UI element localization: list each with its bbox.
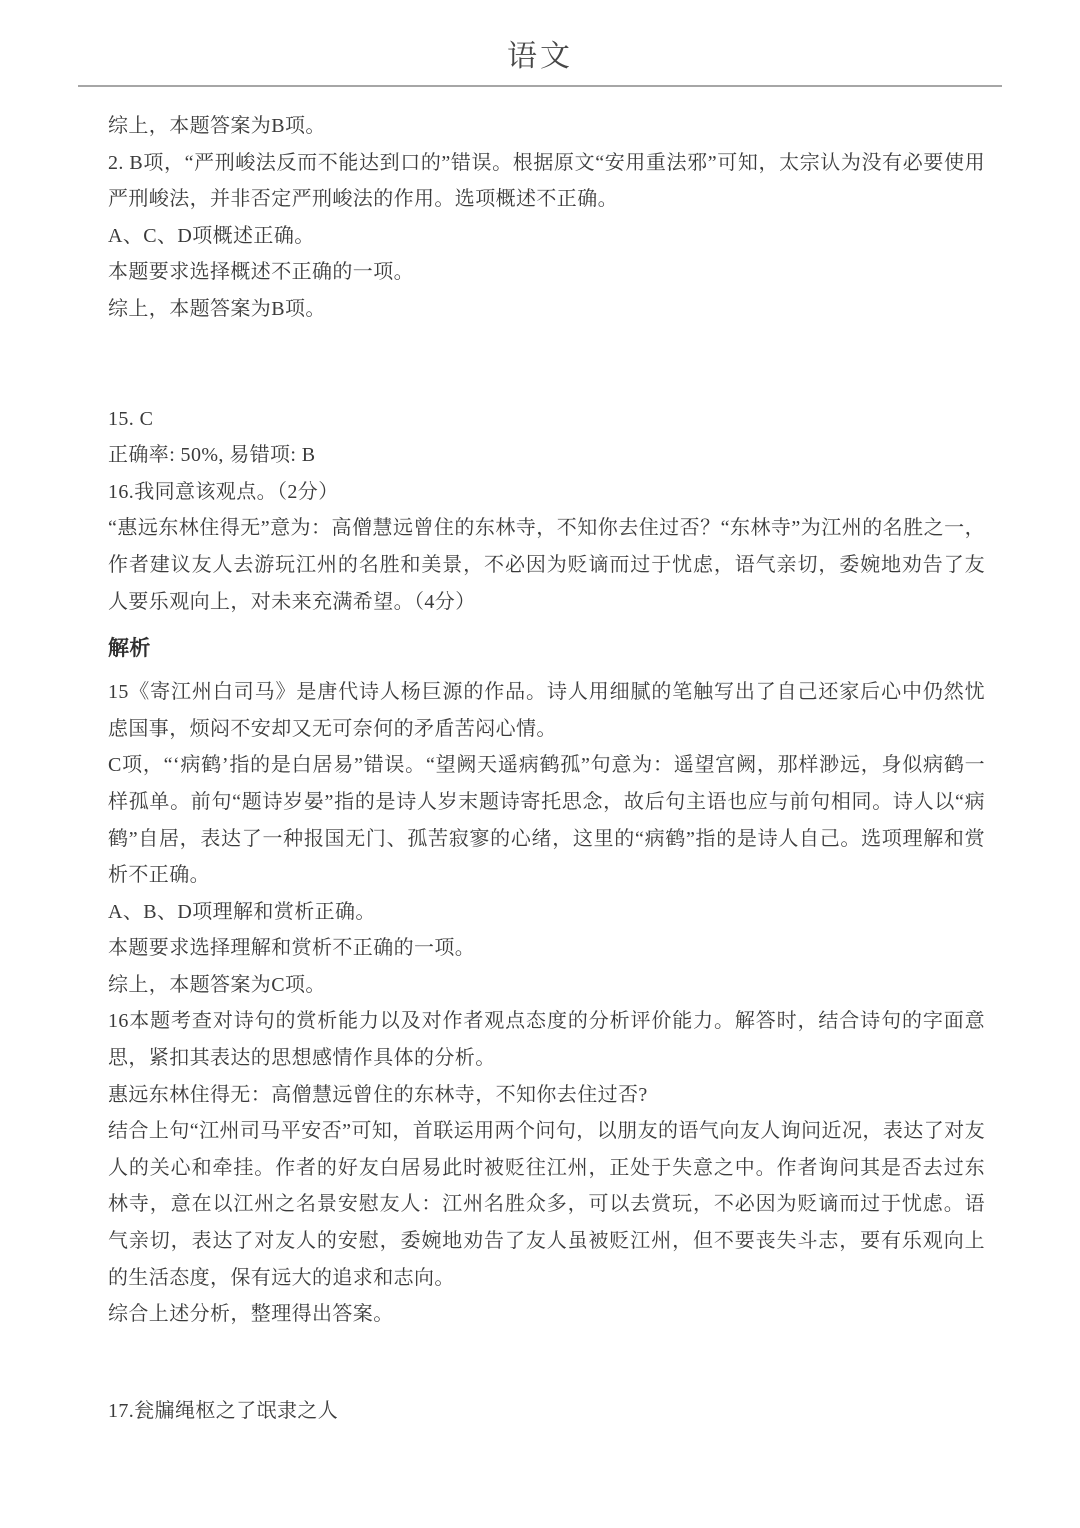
question15-answer: 15. C bbox=[108, 401, 985, 438]
question17-line: 17.瓮牖绳枢之了氓隶之人 bbox=[108, 1393, 985, 1430]
analysis-q16-conclusion: 综合上述分析，整理得出答案。 bbox=[108, 1296, 985, 1333]
analysis-q16-intro: 16本题考查对诗句的赏析能力以及对作者观点态度的分析评价能力。解答时，结合诗句的… bbox=[108, 1003, 985, 1076]
analysis-q15-correct-options: A、B、D项理解和赏析正确。 bbox=[108, 894, 985, 931]
analysis-q15-option-c: C项，“‘病鹤’指的是白居易”错误。“望阙天遥病鹤孤”句意为：遥望宫阙，那样渺远… bbox=[108, 747, 985, 893]
page-title: 语文 bbox=[0, 40, 1080, 74]
question16-answer-intro: 16.我同意该观点。（2分） bbox=[108, 474, 985, 511]
analysis-q16-line-meaning: 惠远东林住得无：高僧慧远曾住的东林寺，不知你去住过否? bbox=[108, 1077, 985, 1114]
analysis-section-heading: 解析 bbox=[108, 630, 985, 666]
analysis-q15-intro: 15《寄江州白司马》是唐代诗人杨巨源的作品。诗人用细腻的笔触写出了自己还家后心中… bbox=[108, 674, 985, 747]
question15-accuracy-line: 正确率: 50%, 易错项: B bbox=[108, 437, 985, 474]
page-header: 语文 bbox=[0, 0, 1080, 87]
question2-answer-summary: 综上，本题答案为B项。 bbox=[108, 291, 985, 328]
question2-requirement: 本题要求选择概述不正确的一项。 bbox=[108, 254, 985, 291]
document-body: 综上，本题答案为B项。 2. B项，“严刑峻法反而不能达到口的”错误。根据原文“… bbox=[0, 87, 1080, 1429]
question2-correct-options: A、C、D项概述正确。 bbox=[108, 218, 985, 255]
analysis-q16-detail: 结合上句“江州司马平安否”可知，首联运用两个问句，以朋友的语气向友人询问近况，表… bbox=[108, 1113, 985, 1296]
analysis-q15-answer-summary: 综上，本题答案为C项。 bbox=[108, 967, 985, 1004]
question16-answer-body: “惠远东林住得无”意为：高僧慧远曾住的东林寺，不知你去住过否？“东林寺”为江州的… bbox=[108, 510, 985, 620]
answer-summary-line: 综上，本题答案为B项。 bbox=[108, 108, 985, 145]
document-page: 语文 综上，本题答案为B项。 2. B项，“严刑峻法反而不能达到口的”错误。根据… bbox=[0, 0, 1080, 1528]
question2-explanation: 2. B项，“严刑峻法反而不能达到口的”错误。根据原文“安用重法邪”可知，太宗认… bbox=[108, 145, 985, 218]
analysis-q15-requirement: 本题要求选择理解和赏析不正确的一项。 bbox=[108, 930, 985, 967]
